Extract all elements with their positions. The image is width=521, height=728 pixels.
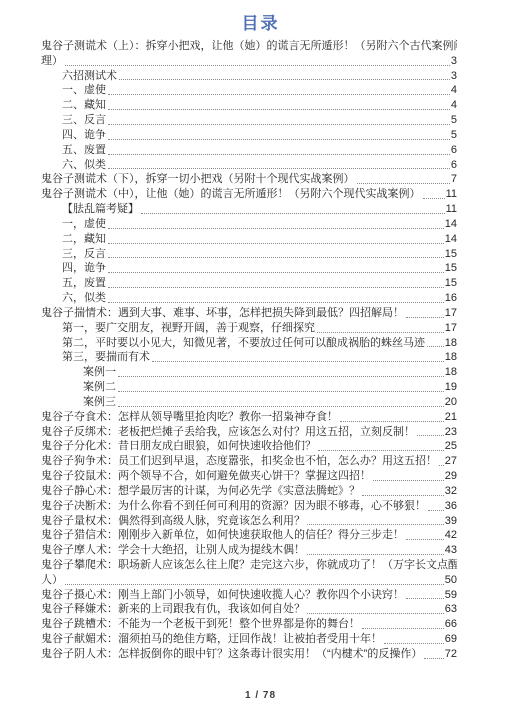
toc-entry-page: 11 (446, 187, 457, 202)
toc-entry-page: 16 (445, 291, 457, 306)
toc-entry[interactable]: 人） 50 (41, 573, 457, 588)
toc-entry-text: 鬼谷子摩人术：学会十大绝招，让别人成为提线木偶！ (41, 543, 305, 558)
dot-leader (118, 391, 444, 392)
toc-entry-text: 六，似类 (41, 291, 106, 306)
dot-leader (439, 465, 444, 466)
toc-entry[interactable]: 二、藏知 4 (41, 98, 457, 113)
toc-entry-page: 11 (446, 202, 457, 217)
dot-leader (65, 584, 444, 585)
toc-entry[interactable]: 六招测试术 3 (41, 69, 457, 84)
toc-entry[interactable]: 四、诡争 5 (41, 128, 457, 143)
toc-entry-text: 人） (41, 573, 63, 588)
dot-leader (108, 302, 444, 303)
toc-entry-page: 32 (445, 484, 457, 499)
toc-entry-page: 29 (445, 469, 457, 484)
page-title: 目录 (0, 9, 521, 34)
toc-entry-text: 鬼谷子献媚术：溜须拍马的绝佳方略，迂回作战！让被拍者受用十年！ (41, 632, 382, 647)
dot-leader (384, 643, 444, 644)
toc-entry-text: 四、诡争 (41, 128, 106, 143)
toc-entry-page: 4 (451, 98, 457, 113)
page-number-indicator: 1 / 78 (0, 690, 521, 701)
toc-entry-text: 五、废置 (41, 143, 106, 158)
toc-entry[interactable]: 一，虚使 14 (41, 217, 457, 232)
dot-leader (340, 421, 444, 422)
toc-entry-text: 鬼谷子测谎术（中），让他（她）的谎言无所遁形！（另附六个现代实战案例） (41, 187, 421, 202)
toc-entry-text: 鬼谷子猎信术：刚刚步入新单位，如何快速获取他人的信任？得分三步走！ (41, 528, 404, 543)
dot-leader (118, 406, 444, 407)
toc-entry-text: 二，藏知 (41, 232, 106, 247)
toc-entry-page: 18 (445, 336, 457, 351)
toc-entry-text: 六、似类 (41, 158, 106, 173)
toc-entry-page: 15 (445, 247, 457, 262)
toc-entry-text: 【胠乱篇考疑】 (41, 202, 139, 217)
toc-entry[interactable]: 五，废置 15 (41, 276, 457, 291)
toc-entry[interactable]: 三、反言 5 (41, 113, 457, 128)
toc-entry[interactable]: 一、虚使 4 (41, 83, 457, 98)
toc-entry-text: 鬼谷子反绑术：老板把烂摊子丢给我，应该怎么对付？用这五招，立刻反制！ (41, 425, 415, 440)
toc-entry-page: 39 (445, 514, 457, 529)
toc-entry[interactable]: 【胠乱篇考疑】 11 (41, 202, 457, 217)
toc-entry[interactable]: 六、似类 6 (41, 158, 457, 173)
dot-leader (108, 154, 450, 155)
dot-leader (141, 213, 445, 214)
toc-entry[interactable]: 鬼谷子反绑术：老板把烂摊子丢给我，应该怎么对付？用这五招，立刻反制！ 23 (41, 425, 457, 440)
toc-entry-text: 第一，要广交朋友，视野开阔，善于观察，仔细探究 (41, 321, 315, 336)
toc-entry-text: 鬼谷子摄心术：刚当上部门小领导，如何快速收揽人心？教你四个小诀窍！ (41, 588, 404, 603)
toc-entry[interactable]: 鬼谷子夺食术：怎样从领导嘴里抢肉吃？教你一招枭神夺食！ 21 (41, 410, 457, 425)
toc-entry-page: 3 (451, 54, 457, 69)
dot-leader (362, 495, 444, 496)
toc-entry[interactable]: 案例三 20 (41, 395, 457, 410)
toc-entry[interactable]: 鬼谷子静心术：想学最厉害的计谋，为何必先学《实意法腾蛇》？ 32 (41, 484, 457, 499)
toc-entry-text: 二、藏知 (41, 98, 106, 113)
document-page: 目录 鬼谷子测谎术（上）：拆穿小把戏，让他（她）的谎言无所遁形！（另附六个古代案… (0, 0, 521, 728)
dot-leader (108, 243, 444, 244)
dot-leader (152, 361, 444, 362)
toc-entry-text: 第二，平时要以小见大，知微见著，不要放过任何可以酿成祸胎的蛛丝马迹 (41, 336, 425, 351)
dot-leader (424, 658, 443, 659)
toc-entry[interactable]: 鬼谷子测谎术（下），拆穿一切小把戏（另附十个现代实战案例） 7 (41, 172, 457, 187)
toc-entry[interactable]: 案例二 19 (41, 380, 457, 395)
toc-entry-text: 鬼谷子阴人术：怎样扳倒你的眼中钉？这条毒计很实用！（“内楗术”的反操作） (41, 647, 422, 662)
toc-entry-page: 5 (451, 113, 457, 128)
dot-leader (108, 228, 444, 229)
toc-entry[interactable]: 鬼谷子摄心术：刚当上部门小领导，如何快速收揽人心？教你四个小诀窍！ 59 (41, 588, 457, 603)
toc-entry-text: 四，诡争 (41, 261, 106, 276)
toc-entry-text: 五，废置 (41, 276, 106, 291)
dot-leader (318, 450, 444, 451)
toc-entry-page: 6 (451, 158, 457, 173)
dot-leader (357, 183, 450, 184)
dot-leader (307, 554, 444, 555)
dot-leader (406, 317, 444, 318)
toc-entry-page: 42 (445, 528, 457, 543)
toc-entry-page: 7 (451, 172, 457, 187)
toc-list: 鬼谷子测谎术（上）：拆穿小把戏，让他（她）的谎言无所遁形！（另附六个古代案例阐释… (41, 39, 457, 662)
dot-leader (108, 168, 450, 169)
dot-leader (406, 598, 444, 599)
toc-entry-page: 14 (445, 232, 457, 247)
toc-entry-text: 鬼谷子分化术：昔日朋友成白眼狼，如何快速收拾他们？ (41, 439, 316, 454)
toc-entry-text: 三、反言 (41, 113, 106, 128)
toc-entry-text: 一、虚使 (41, 83, 106, 98)
toc-entry-page: 23 (445, 425, 457, 440)
toc-entry-page: 36 (445, 499, 457, 514)
dot-leader (307, 524, 444, 525)
toc-entry[interactable]: 鬼谷子揣情术：遇到大事、难事、坏事，怎样把损失降到最低？四招解局！ 17 (41, 306, 457, 321)
dot-leader (417, 435, 444, 436)
dot-leader (108, 109, 450, 110)
toc-entry[interactable]: 第三，要揣而有术 18 (41, 350, 457, 365)
toc-entry-text: 案例二 (41, 380, 116, 395)
toc-entry[interactable]: 鬼谷子跳槽术：不能为一个老板干到死！整个世界都是你的舞台！ 66 (41, 617, 457, 632)
toc-entry[interactable]: 四，诡争 15 (41, 261, 457, 276)
toc-entry-page: 66 (445, 617, 457, 632)
toc-entry-text: 一，虚使 (41, 217, 106, 232)
toc-entry-page: 20 (445, 395, 457, 410)
toc-entry[interactable]: 鬼谷子测谎术（上）：拆穿小把戏，让他（她）的谎言无所遁形！（另附六个古代案例阐释… (41, 39, 457, 54)
toc-entry-page: 21 (445, 410, 457, 425)
dot-leader (307, 613, 444, 614)
toc-entry-page: 69 (445, 632, 457, 647)
toc-entry[interactable]: 鬼谷子分化术：昔日朋友成白眼狼，如何快速收拾他们？ 25 (41, 439, 457, 454)
toc-entry[interactable]: 鬼谷子摩人术：学会十大绝招，让别人成为提线木偶！ 43 (41, 543, 457, 558)
toc-entry[interactable]: 鬼谷子测谎术（中），让他（她）的谎言无所遁形！（另附六个现代实战案例） 11 (41, 187, 457, 202)
toc-entry[interactable]: 第一，要广交朋友，视野开阔，善于观察，仔细探究 17 (41, 321, 457, 336)
toc-entry-text: 鬼谷子测谎术（上）：拆穿小把戏，让他（她）的谎言无所遁形！（另附六个古代案例阐释… (41, 39, 457, 54)
toc-entry-text: 鬼谷子狗争术：员工们迟到早退，态度嚣张，扣奖金也不怕，怎么办？用这五招！ (41, 454, 437, 469)
toc-entry-text: 案例一 (41, 365, 116, 380)
toc-entry-page: 25 (445, 439, 457, 454)
toc-entry-page: 4 (451, 83, 457, 98)
toc-entry[interactable]: 鬼谷子阴人术：怎样扳倒你的眼中钉？这条毒计很实用！（“内楗术”的反操作） 72 (41, 647, 457, 662)
toc-entry-page: 3 (451, 69, 457, 84)
toc-entry-page: 14 (445, 217, 457, 232)
toc-entry[interactable]: 六，似类 16 (41, 291, 457, 306)
toc-entry[interactable]: 二，藏知 14 (41, 232, 457, 247)
toc-entry-page: 63 (445, 602, 457, 617)
toc-entry-text: 案例三 (41, 395, 116, 410)
toc-entry-page: 59 (445, 588, 457, 603)
toc-entry[interactable]: 三，反言 15 (41, 247, 457, 262)
dot-leader (428, 510, 444, 511)
toc-entry-page: 17 (445, 321, 457, 336)
dot-leader (119, 79, 450, 80)
dot-leader (423, 198, 445, 199)
toc-entry[interactable]: 鬼谷子狡鼠术：两个领导不合，如何避免做夹心饼干？掌握这四招！ 29 (41, 469, 457, 484)
toc-entry[interactable]: 鬼谷子猎信术：刚刚步入新单位，如何快速获取他人的信任？得分三步走！ 42 (41, 528, 457, 543)
dot-leader (118, 376, 444, 377)
toc-entry-text: 鬼谷子释嫌术：新来的上司跟我有仇，我该如何自处？ (41, 602, 305, 617)
dot-leader (317, 332, 444, 333)
toc-entry-text: 六招测试术 (41, 69, 117, 84)
toc-entry[interactable]: 鬼谷子决断术：为什么你看不到任何可利用的资源？因为眼不够毒，心不够狠！ 36 (41, 499, 457, 514)
toc-entry-page: 15 (445, 276, 457, 291)
dot-leader (427, 346, 444, 347)
toc-entry-page: 18 (445, 365, 457, 380)
toc-entry-page: 5 (451, 128, 457, 143)
toc-entry-page: 6 (451, 143, 457, 158)
toc-entry-text: 鬼谷子揣情术：遇到大事、难事、坏事，怎样把损失降到最低？四招解局！ (41, 306, 404, 321)
toc-entry-text: 鬼谷子量权术：偶然得到高级人脉，究竟该怎么利用？ (41, 514, 305, 529)
toc-entry-text: 鬼谷子攀爬术：职场新人应该怎么往上爬？走完这六步，你就成功了！（万字长文点醒梦中 (41, 558, 457, 573)
dot-leader (108, 124, 450, 125)
toc-entry-text: 理） (41, 54, 63, 69)
toc-entry-text: 鬼谷子测谎术（下），拆穿一切小把戏（另附十个现代实战案例） (41, 172, 355, 187)
dot-leader (65, 65, 450, 66)
toc-entry-text: 第三，要揣而有术 (41, 350, 150, 365)
toc-entry-text: 三，反言 (41, 247, 106, 262)
toc-entry-text: 鬼谷子静心术：想学最厉害的计谋，为何必先学《实意法腾蛇》？ (41, 484, 360, 499)
toc-entry[interactable]: 案例一 18 (41, 365, 457, 380)
toc-entry[interactable]: 鬼谷子释嫌术：新来的上司跟我有仇，我该如何自处？ 63 (41, 602, 457, 617)
dot-leader (108, 94, 450, 95)
toc-entry-page: 17 (445, 306, 457, 321)
toc-entry[interactable]: 鬼谷子攀爬术：职场新人应该怎么往上爬？走完这六步，你就成功了！（万字长文点醒梦中 (41, 558, 457, 573)
dot-leader (406, 539, 444, 540)
toc-entry[interactable]: 鬼谷子狗争术：员工们迟到早退，态度嚣张，扣奖金也不怕，怎么办？用这五招！ 27 (41, 454, 457, 469)
toc-entry-text: 鬼谷子夺食术：怎样从领导嘴里抢肉吃？教你一招枭神夺食！ (41, 410, 338, 425)
toc-entry[interactable]: 五、废置 6 (41, 143, 457, 158)
toc-entry-page: 43 (445, 543, 457, 558)
toc-entry[interactable]: 鬼谷子献媚术：溜须拍马的绝佳方略，迂回作战！让被拍者受用十年！ 69 (41, 632, 457, 647)
dot-leader (108, 287, 444, 288)
dot-leader (362, 628, 444, 629)
toc-entry-text: 鬼谷子决断术：为什么你看不到任何可利用的资源？因为眼不够毒，心不够狠！ (41, 499, 426, 514)
toc-entry-page: 72 (445, 647, 457, 662)
dot-leader (373, 480, 444, 481)
toc-entry-text: 鬼谷子狡鼠术：两个领导不合，如何避免做夹心饼干？掌握这四招！ (41, 469, 371, 484)
toc-entry-page: 15 (445, 261, 457, 276)
dot-leader (108, 272, 444, 273)
toc-entry-text: 鬼谷子跳槽术：不能为一个老板干到死！整个世界都是你的舞台！ (41, 617, 360, 632)
toc-entry-page: 50 (445, 573, 457, 588)
toc-entry[interactable]: 第二，平时要以小见大，知微见著，不要放过任何可以酿成祸胎的蛛丝马迹 18 (41, 336, 457, 351)
toc-entry[interactable]: 鬼谷子量权术：偶然得到高级人脉，究竟该怎么利用？ 39 (41, 514, 457, 529)
dot-leader (108, 139, 450, 140)
toc-entry[interactable]: 理） 3 (41, 54, 457, 69)
toc-entry-page: 19 (445, 380, 457, 395)
toc-entry-page: 18 (445, 350, 457, 365)
toc-entry-page: 27 (445, 454, 457, 469)
dot-leader (108, 257, 444, 258)
